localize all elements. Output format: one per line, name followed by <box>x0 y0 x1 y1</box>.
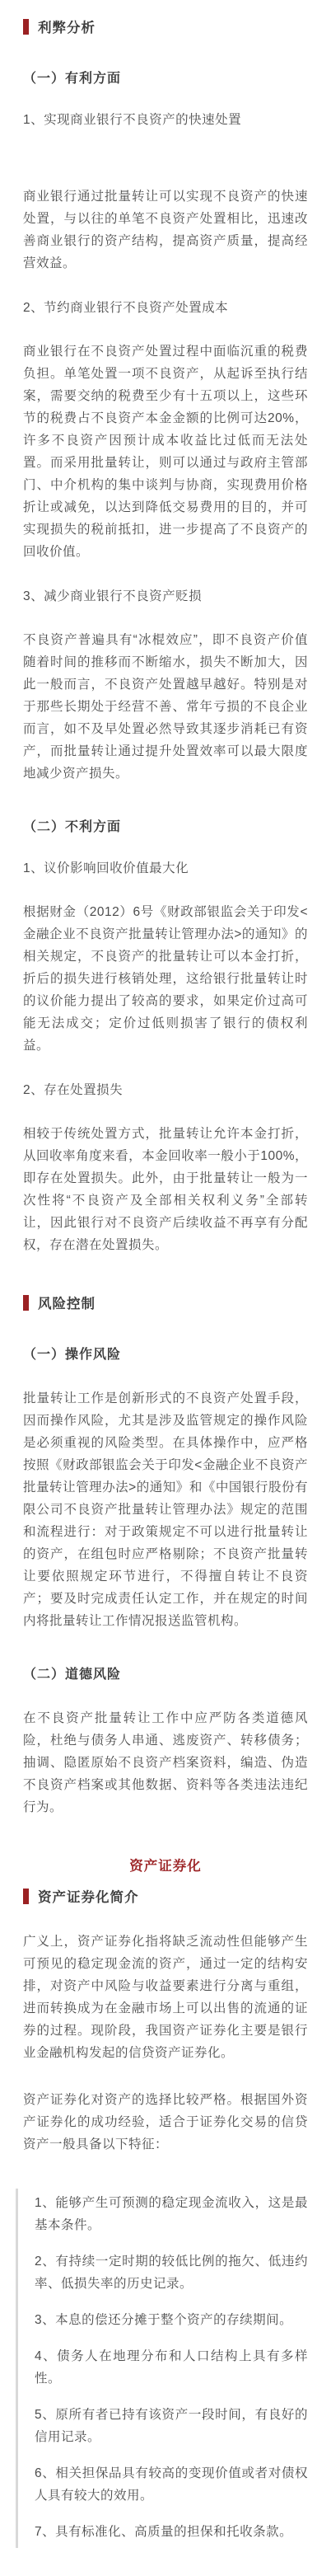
pros-heading: （一）有利方面 <box>23 68 308 87</box>
cons-item1-title: 1、议价影响回收价值最大化 <box>23 858 308 876</box>
pros-item2-body: 商业银行在不良资产处置过程中面临沉重的税费负担。单笔处置一项不良资产，从起诉至执… <box>23 340 308 563</box>
pros-item1-body: 商业银行通过批量转让可以实现不良资产的快速处置，与以往的单笔不良资产处置相比，迅… <box>23 185 308 274</box>
feature-item-7: 7、具有标准化、高质量的担保和托收条款。 <box>35 2521 308 2543</box>
feature-item-3: 3、本息的偿还分摊于整个资产的存续期间。 <box>35 2309 308 2331</box>
section-header-pros-cons: 利弊分析 <box>23 16 308 36</box>
section-title-risk-control: 风险控制 <box>38 1293 96 1312</box>
cons-heading: （二）不利方面 <box>23 816 308 835</box>
cons-item1-body: 根据财金（2012）6号《财政部银监会关于印发<金融企业不良资产批量转让管理办法… <box>23 901 308 1057</box>
moral-risk-heading: （二）道德风险 <box>23 1663 308 1682</box>
pros-item3-title: 3、减少商业银行不良资产贬损 <box>23 586 308 604</box>
securitization-page-title: 资产证券化 <box>23 1855 308 1875</box>
feature-item-6: 6、相关担保品具有较高的变现价值或者对债权人具有较大的效用。 <box>35 2462 308 2507</box>
pros-item3-body: 不良资产普遍具有“冰棍效应”，即不良资产价值随着时间的推移而不断缩水，损失不断加… <box>23 629 308 785</box>
feature-item-1: 1、能够产生可预测的稳定现金流收入，这是最基本条件。 <box>35 2192 308 2236</box>
operation-risk-body: 批量转让工作是创新形式的不良资产处置手段，因而操作风险，尤其是涉及监管规定的操作… <box>23 1387 308 1632</box>
red-bar-icon <box>23 1889 29 1904</box>
pros-item2-title: 2、节约商业银行不良资产处置成本 <box>23 298 308 316</box>
cons-item2-body: 相较于传统处置方式，批量转让允许本金打折，从回收率角度来看，本金回收率一般小于1… <box>23 1123 308 1256</box>
article-page: 利弊分析 （一）有利方面 1、实现商业银行不良资产的快速处置 商业银行通过批量转… <box>0 0 331 2576</box>
feature-item-2: 2、有持续一定时期的较低比例的拖欠、低违约率、低损失率的历史记录。 <box>35 2250 308 2295</box>
section-header-securitization-intro: 资产证券化简介 <box>23 1886 308 1906</box>
feature-list-blockquote: 1、能够产生可预测的稳定现金流收入，这是最基本条件。 2、有持续一定时期的较低比… <box>16 2189 308 2548</box>
red-bar-icon <box>23 1295 29 1311</box>
securitization-intro-para1: 广义上，资产证券化指将缺乏流动性但能够产生可预见的稳定现金流的资产，通过一定的结… <box>23 1931 308 2064</box>
section-header-risk-control: 风险控制 <box>23 1293 308 1312</box>
feature-item-5: 5、原所有者已持有该资产一段时间，有良好的信用记录。 <box>35 2404 308 2448</box>
section-title-securitization-intro: 资产证券化简介 <box>38 1886 139 1906</box>
red-bar-icon <box>23 19 29 35</box>
cons-item2-title: 2、存在处置损失 <box>23 1080 308 1098</box>
section-title-pros-cons: 利弊分析 <box>38 16 96 36</box>
pros-item1-title: 1、实现商业银行不良资产的快速处置 <box>23 110 308 128</box>
moral-risk-body: 在不良资产批量转让工作中应严防各类道德风险，杜绝与债务人串通、逃废资产、转移债务… <box>23 1707 308 1818</box>
operation-risk-heading: （一）操作风险 <box>23 1344 308 1363</box>
securitization-intro-para2: 资产证券化对资产的选择比较严格。根据国外资产证券化的成功经验，适合于证券化交易的… <box>23 2089 308 2156</box>
feature-item-4: 4、债务人在地理分布和人口结构上具有多样性。 <box>35 2345 308 2390</box>
